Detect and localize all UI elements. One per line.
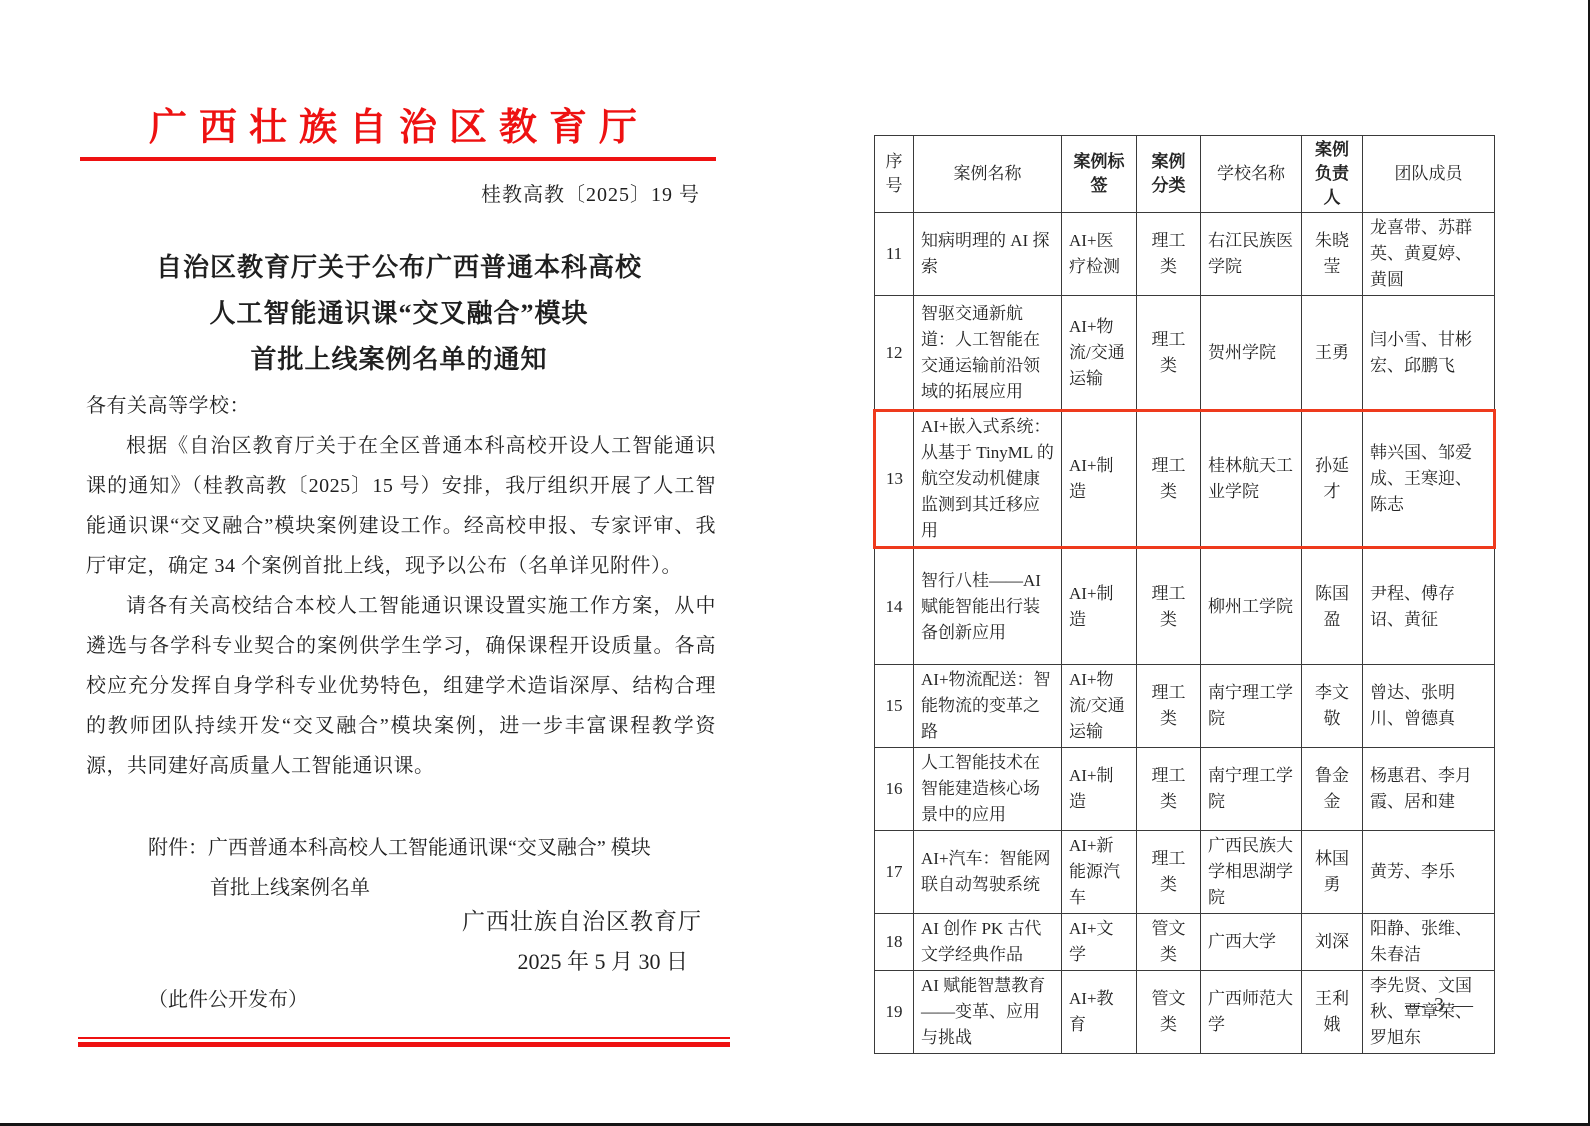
cell-case-name: AI+嵌入式系统：从基于 TinyML 的航空发动机健康监测到其迁移应用 (914, 411, 1062, 548)
cell-school: 桂林航天工业学院 (1201, 411, 1302, 548)
table-row-12: 12 智驱交通新航道：人工智能在交通运输前沿领域的拓展应用 AI+物流/交通运输… (875, 296, 1495, 411)
cell-no: 19 (875, 971, 914, 1054)
cell-category: 理工类 (1137, 548, 1201, 665)
cell-team: 闫小雪、甘彬宏、邱鹏飞 (1363, 296, 1495, 411)
salutation: 各有关高等学校： (86, 386, 716, 426)
page-number: — 3 — (1350, 994, 1530, 1017)
cell-team: 阳静、张维、朱春洁 (1363, 914, 1495, 971)
cell-no: 14 (875, 548, 914, 665)
cell-tag: AI+物流/交通运输 (1062, 296, 1137, 411)
header-red-rule (80, 157, 716, 161)
cell-leader: 朱晓莹 (1302, 213, 1363, 296)
cell-tag: AI+新能源汽车 (1062, 831, 1137, 914)
cell-leader: 刘深 (1302, 914, 1363, 971)
table-row-13-highlighted: 13 AI+嵌入式系统：从基于 TinyML 的航空发动机健康监测到其迁移应用 … (875, 411, 1495, 548)
cell-case-name: 智行八桂——AI 赋能智能出行装备创新应用 (914, 548, 1062, 665)
cell-case-name: AI 赋能智慧教育——变革、应用与挑战 (914, 971, 1062, 1054)
cell-category: 理工类 (1137, 296, 1201, 411)
attachment-line1: 附件：广西普通本科高校人工智能通讯课“交叉融合” 模块 (86, 828, 716, 868)
cell-school: 南宁理工学院 (1201, 665, 1302, 748)
cell-team: 黄芳、李乐 (1363, 831, 1495, 914)
paragraph-2: 请各有关高校结合本校人工智能通识课设置实施工作方案，从中遴选与各学科专业契合的案… (86, 586, 716, 786)
footer-red-rule-thick (78, 1042, 730, 1047)
cell-category: 理工类 (1137, 411, 1201, 548)
paragraph-1: 根据《自治区教育厅关于在全区普通本科高校开设人工智能通识课的通知》（桂教高教〔2… (86, 426, 716, 586)
notice-title-line3: 首批上线案例名单的通知 (78, 337, 720, 383)
cell-tag: AI+教育 (1062, 971, 1137, 1054)
cell-case-name: 智驱交通新航道：人工智能在交通运输前沿领域的拓展应用 (914, 296, 1062, 411)
signer: 广西壮族自治区教育厅 (80, 902, 702, 942)
cell-case-name: AI+汽车：智能网联自动驾驶系统 (914, 831, 1062, 914)
cell-no: 18 (875, 914, 914, 971)
cell-school: 贺州学院 (1201, 296, 1302, 411)
header-cell-school: 学校名称 (1201, 136, 1302, 213)
cell-team: 杨惠君、李月霞、居和建 (1363, 748, 1495, 831)
cell-school: 广西师范大学 (1201, 971, 1302, 1054)
cell-category: 理工类 (1137, 213, 1201, 296)
header-cell-tag: 案例标签 (1062, 136, 1137, 213)
cell-team: 尹程、傅存诏、黄征 (1363, 548, 1495, 665)
notice-title-line1: 自治区教育厅关于公布广西普通本科高校 (78, 245, 720, 291)
sign-date: 2025 年 5 月 30 日 (80, 942, 702, 982)
table-row-15: 15 AI+物流配送：智能物流的变革之路 AI+物流/交通运输 理工类 南宁理工… (875, 665, 1495, 748)
cell-leader: 林国勇 (1302, 831, 1363, 914)
cell-category: 管文类 (1137, 971, 1201, 1054)
cell-school: 柳州工学院 (1201, 548, 1302, 665)
cell-case-name: AI+物流配送：智能物流的变革之路 (914, 665, 1062, 748)
cell-category: 理工类 (1137, 665, 1201, 748)
cell-case-name: AI 创作 PK 古代文学经典作品 (914, 914, 1062, 971)
notice-title: 自治区教育厅关于公布广西普通本科高校 人工智能通识课“交叉融合”模块 首批上线案… (78, 245, 720, 383)
signature-block: 广西壮族自治区教育厅 2025 年 5 月 30 日 (80, 902, 702, 982)
case-table: 序号 案例名称 案例标签 案例分类 学校名称 案例负责人 团队成员 11 知病明… (873, 135, 1496, 1054)
cell-no: 16 (875, 748, 914, 831)
header-cell-category: 案例分类 (1137, 136, 1201, 213)
cell-no: 15 (875, 665, 914, 748)
footer-red-rule (78, 1037, 730, 1047)
agency-title: 广西壮族自治区教育厅 (78, 96, 720, 151)
cell-leader: 鲁金金 (1302, 748, 1363, 831)
notice-title-line2: 人工智能通识课“交叉融合”模块 (78, 291, 720, 337)
cell-tag: AI+制造 (1062, 411, 1137, 548)
cell-no: 17 (875, 831, 914, 914)
cell-school: 右江民族医学院 (1201, 213, 1302, 296)
attachment-note: 附件：广西普通本科高校人工智能通讯课“交叉融合” 模块 首批上线案例名单 (86, 828, 716, 908)
cell-tag: AI+文学 (1062, 914, 1137, 971)
cell-no: 12 (875, 296, 914, 411)
cell-category: 理工类 (1137, 831, 1201, 914)
cell-category: 理工类 (1137, 748, 1201, 831)
cell-no: 13 (875, 411, 914, 548)
header-cell-team: 团队成员 (1363, 136, 1495, 213)
cell-school: 广西民族大学相思湖学院 (1201, 831, 1302, 914)
table-row-11: 11 知病明理的 AI 探索 AI+医疗检测 理工类 右江民族医学院 朱晓莹 龙… (875, 213, 1495, 296)
cell-school: 南宁理工学院 (1201, 748, 1302, 831)
cell-tag: AI+物流/交通运输 (1062, 665, 1137, 748)
cell-tag: AI+制造 (1062, 748, 1137, 831)
table-row-17: 17 AI+汽车：智能网联自动驾驶系统 AI+新能源汽车 理工类 广西民族大学相… (875, 831, 1495, 914)
table-header-row: 序号 案例名称 案例标签 案例分类 学校名称 案例负责人 团队成员 (875, 136, 1495, 213)
footer-red-rule-thin (78, 1037, 730, 1039)
document-scan: 广西壮族自治区教育厅 桂教高教〔2025〕19 号 自治区教育厅关于公布广西普通… (0, 0, 1590, 1126)
cell-team: 韩兴国、邹爱成、王寒迎、陈志 (1363, 411, 1495, 548)
doc-number: 桂教高教〔2025〕19 号 (80, 178, 700, 207)
header-cell-leader: 案例负责人 (1302, 136, 1363, 213)
cell-leader: 王勇 (1302, 296, 1363, 411)
case-table-wrap: 序号 案例名称 案例标签 案例分类 学校名称 案例负责人 团队成员 11 知病明… (873, 135, 1496, 1054)
cell-tag: AI+制造 (1062, 548, 1137, 665)
cell-team: 曾达、张明川、曾德真 (1363, 665, 1495, 748)
table-row-14: 14 智行八桂——AI 赋能智能出行装备创新应用 AI+制造 理工类 柳州工学院… (875, 548, 1495, 665)
cell-team: 龙喜带、苏群英、黄夏婷、黄圆 (1363, 213, 1495, 296)
cell-case-name: 知病明理的 AI 探索 (914, 213, 1062, 296)
cell-tag: AI+医疗检测 (1062, 213, 1137, 296)
release-note: （此件公开发布） (148, 983, 308, 1012)
cell-school: 广西大学 (1201, 914, 1302, 971)
table-row-18: 18 AI 创作 PK 古代文学经典作品 AI+文学 管文类 广西大学 刘深 阳… (875, 914, 1495, 971)
table-row-16: 16 人工智能技术在智能建造核心场景中的应用 AI+制造 理工类 南宁理工学院 … (875, 748, 1495, 831)
cell-leader: 陈国盈 (1302, 548, 1363, 665)
header-cell-no: 序号 (875, 136, 914, 213)
cell-no: 11 (875, 213, 914, 296)
header-cell-case-name: 案例名称 (914, 136, 1062, 213)
cell-leader: 孙延才 (1302, 411, 1363, 548)
cell-leader: 李文敬 (1302, 665, 1363, 748)
notice-body: 各有关高等学校： 根据《自治区教育厅关于在全区普通本科高校开设人工智能通识课的通… (86, 386, 716, 786)
cell-category: 管文类 (1137, 914, 1201, 971)
cell-case-name: 人工智能技术在智能建造核心场景中的应用 (914, 748, 1062, 831)
